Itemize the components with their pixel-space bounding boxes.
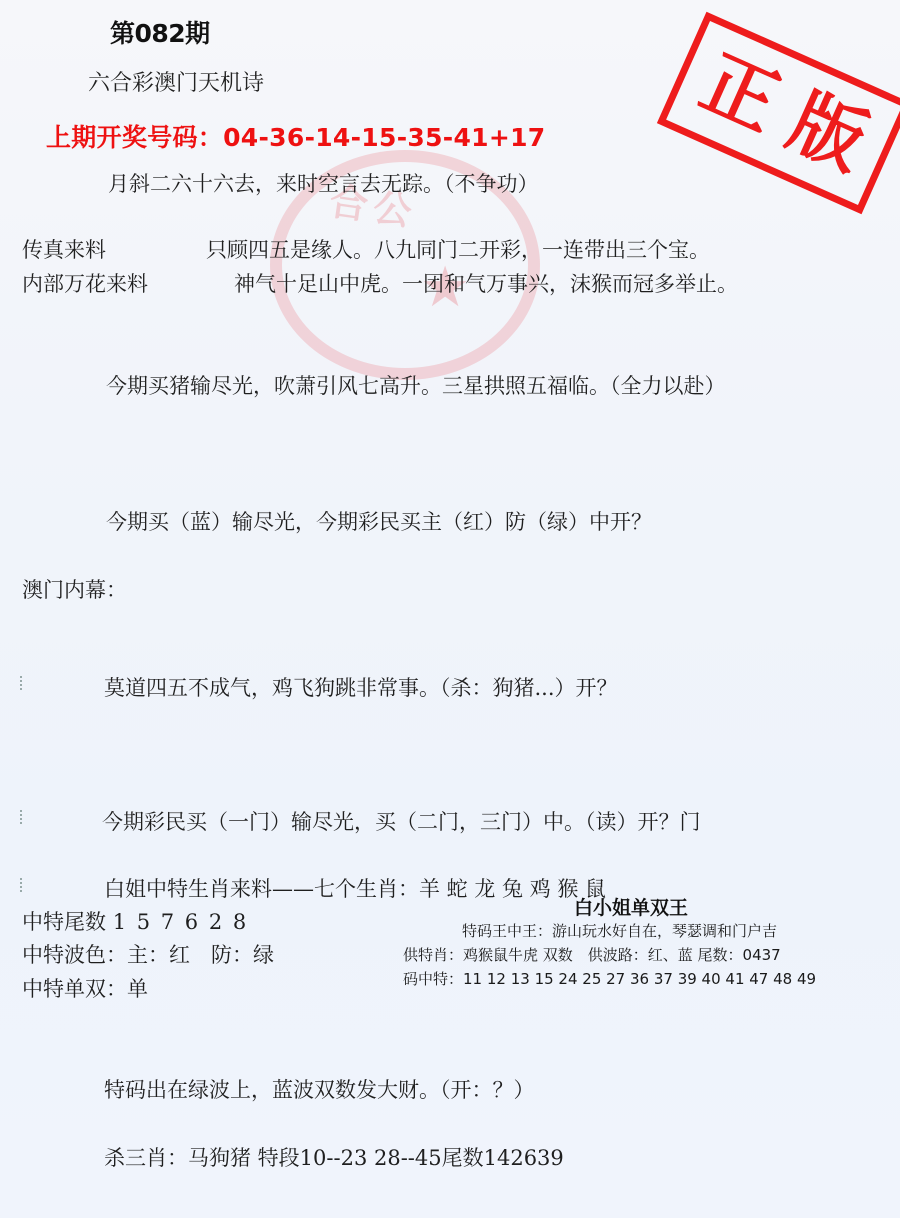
genuine-stamp: 正 版 bbox=[657, 12, 900, 215]
source-text-fax: 只顾四五是缘人。八九同门二开彩，一连带出三个宝。 bbox=[206, 234, 710, 264]
line-zodiac: 白姐中特生肖来料——七个生肖：羊 蛇 龙 兔 鸡 猴 鼠 bbox=[104, 873, 606, 903]
wave-label: 中特波色： bbox=[22, 943, 127, 967]
line-kill-three: 杀三肖：马狗猪 特段10--23 28--45尾数142639 bbox=[104, 1142, 564, 1172]
last-draw-numbers: 04-36-14-15-35-41+17 bbox=[223, 123, 545, 152]
last-draw-label: 上期开奖号码： bbox=[46, 123, 223, 152]
macau-inside-label: 澳门内幕： bbox=[22, 574, 127, 604]
source-text-internal: 神气十足山中虎。一团和气万事兴，沫猴而冠多举止。 bbox=[234, 268, 738, 298]
source-label-internal: 内部万花来料 bbox=[22, 268, 148, 298]
bai-box-line-3: 码中特：11 12 13 15 24 25 27 36 37 39 40 41 … bbox=[403, 968, 816, 989]
stamp-char-2: 版 bbox=[779, 84, 877, 182]
odd-even: 中特单双：单 bbox=[22, 973, 148, 1003]
tail-label: 中特尾数 bbox=[22, 910, 106, 934]
stamp-char-1: 正 bbox=[691, 45, 789, 143]
bai-box-line-2: 供特肖：鸡猴鼠牛虎 双数 供波路：红、蓝 尾数：0437 bbox=[403, 944, 781, 965]
poem-line-1: 月斜二六十六去，来时空言去无踪。（不争功） bbox=[108, 168, 539, 198]
line-pig: 今期买猪输尽光，吹萧引风七高升。三星拱照五福临。（全力以赴） bbox=[106, 370, 726, 400]
bai-box-line-1: 特码王中王：游山玩水好自在，琴瑟调和门户吉 bbox=[462, 920, 777, 941]
odd-even-label: 中特单双： bbox=[22, 977, 127, 1001]
tail-values: 1 5 7 6 2 8 bbox=[113, 910, 249, 934]
bai-box-title: 白小姐单双王 bbox=[574, 893, 688, 920]
page-subtitle: 六合彩澳门天机诗 bbox=[88, 66, 264, 97]
line-four-five: 莫道四五不成气，鸡飞狗跳非常事。（杀：狗猪...）开？ bbox=[104, 672, 618, 702]
source-label-fax: 传真来料 bbox=[22, 234, 106, 264]
tail-numbers: 中特尾数 1 5 7 6 2 8 bbox=[22, 906, 248, 936]
odd-even-value: 单 bbox=[127, 977, 148, 1001]
wave-value: 主：红 防：绿 bbox=[127, 943, 274, 967]
line-green-wave: 特码出在绿波上，蓝波双数发大财。（开：？） bbox=[104, 1074, 535, 1104]
margin-mark bbox=[20, 878, 25, 892]
margin-mark bbox=[20, 810, 25, 824]
line-door: 今期彩民买（一门）输尽光，买（二门，三门）中。（读）开？门 bbox=[102, 806, 701, 836]
last-draw-result: 上期开奖号码：04-36-14-15-35-41+17 bbox=[46, 118, 545, 154]
line-blue: 今期买（蓝）输尽光，今期彩民买主（红）防（绿）中开？ bbox=[106, 506, 652, 536]
issue-number: 第082期 bbox=[110, 14, 210, 50]
wave-color: 中特波色：主：红 防：绿 bbox=[22, 939, 274, 969]
margin-mark bbox=[20, 676, 25, 690]
